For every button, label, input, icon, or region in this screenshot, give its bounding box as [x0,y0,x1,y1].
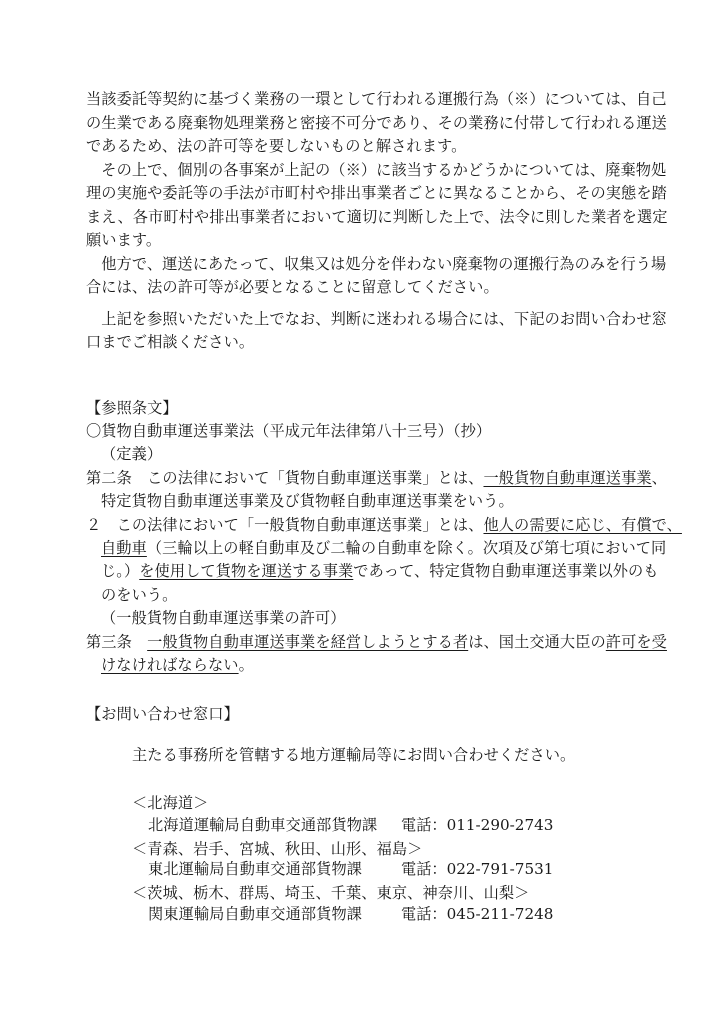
law-title: 〇貨物自動車運送事業法（平成元年法律第八十三号）（抄） [86,421,491,441]
office-region: ＜青森、岩手、宮城、秋田、山形、福島＞ [132,839,422,859]
body-text-line: まえ、各市町村や排出事業者において適切に判断した上で、法令に則した業者を選定 [86,207,668,227]
body-text-line: その上で、個別の各事案が上記の（※）に該当するかどうかについては、廃棄物処 [86,160,666,180]
article-2-para-2-line-2: 自動車（三輪以上の軽自動車及び二輪の自動車を除く。次項及び第七項において同 [101,538,666,558]
text: 。 [239,656,254,674]
permit-caption: （一般貨物自動車運送事業の許可） [101,608,346,628]
article-2-line-1: 第二条 この法律において「貨物自動車運送事業」とは、一般貨物自動車運送事業、 [86,468,667,488]
office-name: 関東運輸局自動車交通部貨物課 [148,904,362,924]
body-text-line: の生業である廃棄物処理業務と密接不可分であり、その業務に付帯して行われる運送 [86,113,667,133]
body-text-line: 上記を参照いただいた上でなお、判断に迷われる場合には、下記のお問い合わせ窓 [86,309,667,329]
office-name: 北海道運輸局自動車交通部貨物課 [148,815,377,835]
reference-heading: 【参照条文】 [86,398,178,418]
text: じ。） [101,562,139,580]
text: 第三条 [86,633,147,651]
body-text-line: であるため、法の許可等を要しないものと解されます。 [86,136,466,156]
body-text-line: 当該委託等契約に基づく業務の一環として行われる運搬行為（※）については、自己 [86,89,667,109]
text: 、 [652,469,667,487]
text: （三輪以上の軽自動車及び二輪の自動車を除く。次項及び第七項において同 [147,539,666,557]
body-text-line: 他方で、運送にあたって、収集又は処分を伴わない廃棄物の運搬行為のみを行う場 [86,254,666,274]
text: ２ この法律において「一般貨物自動車運送事業」とは、 [86,516,483,534]
text: 第二条 この法律において「貨物自動車運送事業」とは、 [86,469,483,487]
contact-instruction: 主たる事務所を管轄する地方運輸局等にお問い合わせください。 [132,745,575,765]
body-text-line: 願います。 [86,230,161,250]
underlined-text: 自動車 [101,539,147,557]
article-3-line-2: けなければならない。 [101,655,254,675]
contact-heading: 【お問い合わせ窓口】 [86,704,239,724]
underlined-text: けなければならない [101,656,239,674]
underlined-text: 他人の需要に応じ、有償で、 [483,516,681,534]
text: は、国土交通大臣の [468,633,606,651]
body-text-line: 合には、法の許可等が必要となることに留意してください。 [86,277,499,297]
office-phone: 電話：022-791-7531 [401,859,553,879]
body-text-line: 理の実施や委託等の手法が市町村や排出事業者ごとに異なることから、その実態を踏 [86,183,667,203]
office-region: ＜北海道＞ [132,793,208,813]
article-2-line-2: 特定貨物自動車運送事業及び貨物軽自動車運送事業をいう。 [101,491,514,511]
body-text-line: 口までご相談ください。 [86,332,254,352]
underlined-text: 許可を受 [606,633,667,651]
underlined-text: を使用して貨物を運送する事業 [139,562,353,580]
article-2-para-2-line-3: じ。）を使用して貨物を運送する事業であって、特定貨物自動車運送事業以外のも [101,561,659,581]
office-phone: 電話：045-211-7248 [401,904,553,924]
definition-caption: （定義） [101,444,162,464]
text: であって、特定貨物自動車運送事業以外のも [353,562,658,580]
underlined-text: 一般貨物自動車運送事業 [483,469,651,487]
article-2-para-2-line-1: ２ この法律において「一般貨物自動車運送事業」とは、他人の需要に応じ、有償で、 [86,515,682,535]
underlined-text: 一般貨物自動車運送事業を経営しようとする者 [147,633,468,651]
article-3-line-1: 第三条 一般貨物自動車運送事業を経営しようとする者は、国土交通大臣の許可を受 [86,632,667,652]
office-name: 東北運輸局自動車交通部貨物課 [148,859,362,879]
office-region: ＜茨城、栃木、群馬、埼玉、千葉、東京、神奈川、山梨＞ [132,883,529,903]
office-phone: 電話：011-290-2743 [401,815,553,835]
article-2-para-2-line-4: のをいう。 [101,585,177,605]
